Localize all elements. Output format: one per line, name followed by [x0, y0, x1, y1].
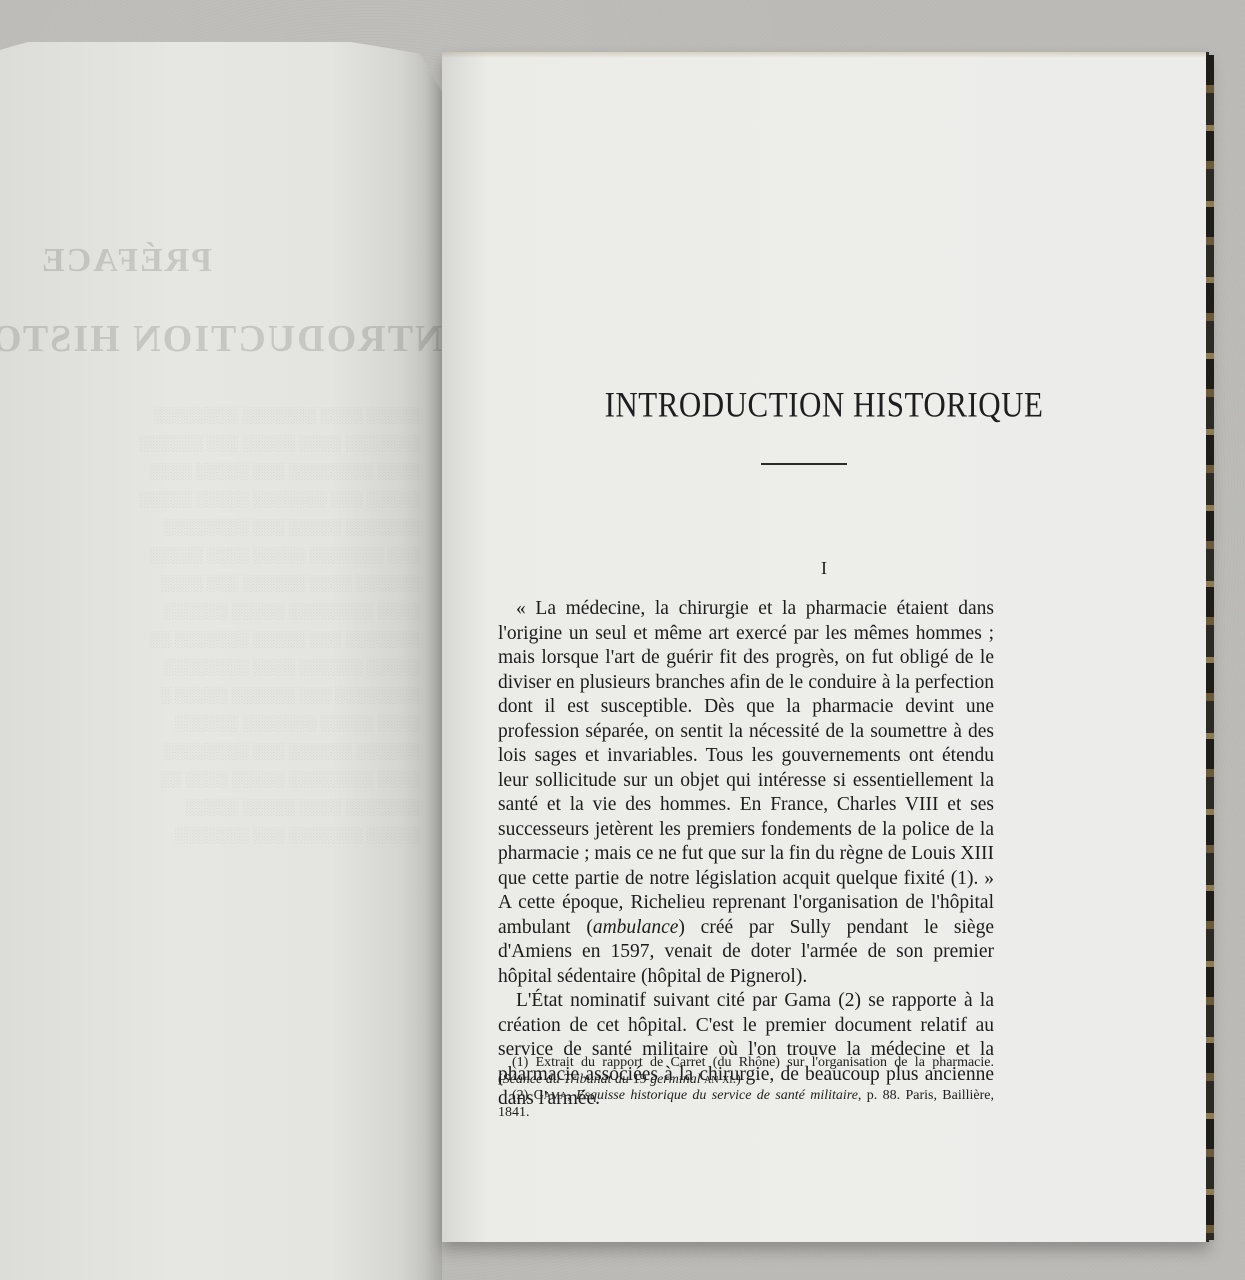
footnotes: (1) Extrait du rapport de Carret (du Rhô…	[498, 1055, 994, 1121]
bleed-through-subtitle: INTRODUCTION HISTO	[0, 317, 459, 361]
section-number: I	[442, 558, 1206, 579]
title-divider	[761, 463, 847, 465]
bleed-through-text: ░░░░░ ░░░░ ░░░░░░░ ░░░░░░░░ ░░░░░░░ ░░░░…	[20, 402, 420, 850]
footnote-1: (1) Extrait du rapport de Carret (du Rhô…	[498, 1055, 994, 1088]
right-page: INTRODUCTION HISTORIQUE I « La médecine,…	[442, 52, 1209, 1242]
page-title: INTRODUCTION HISTORIQUE	[442, 384, 1206, 425]
body-text: « La médecine, la chirurgie et la pharma…	[498, 597, 994, 1112]
footnote-2: (2) Gama, Esquisse historique du service…	[498, 1088, 994, 1121]
footnote-author: Gama	[534, 1088, 567, 1103]
left-page: PRÉFACE INTRODUCTION HISTO ░░░░░ ░░░░ ░░…	[0, 42, 442, 1280]
book-cover-edge	[1206, 55, 1214, 1240]
bleed-through-title: PRÉFACE	[40, 242, 212, 280]
paragraph-1: « La médecine, la chirurgie et la pharma…	[498, 597, 994, 989]
